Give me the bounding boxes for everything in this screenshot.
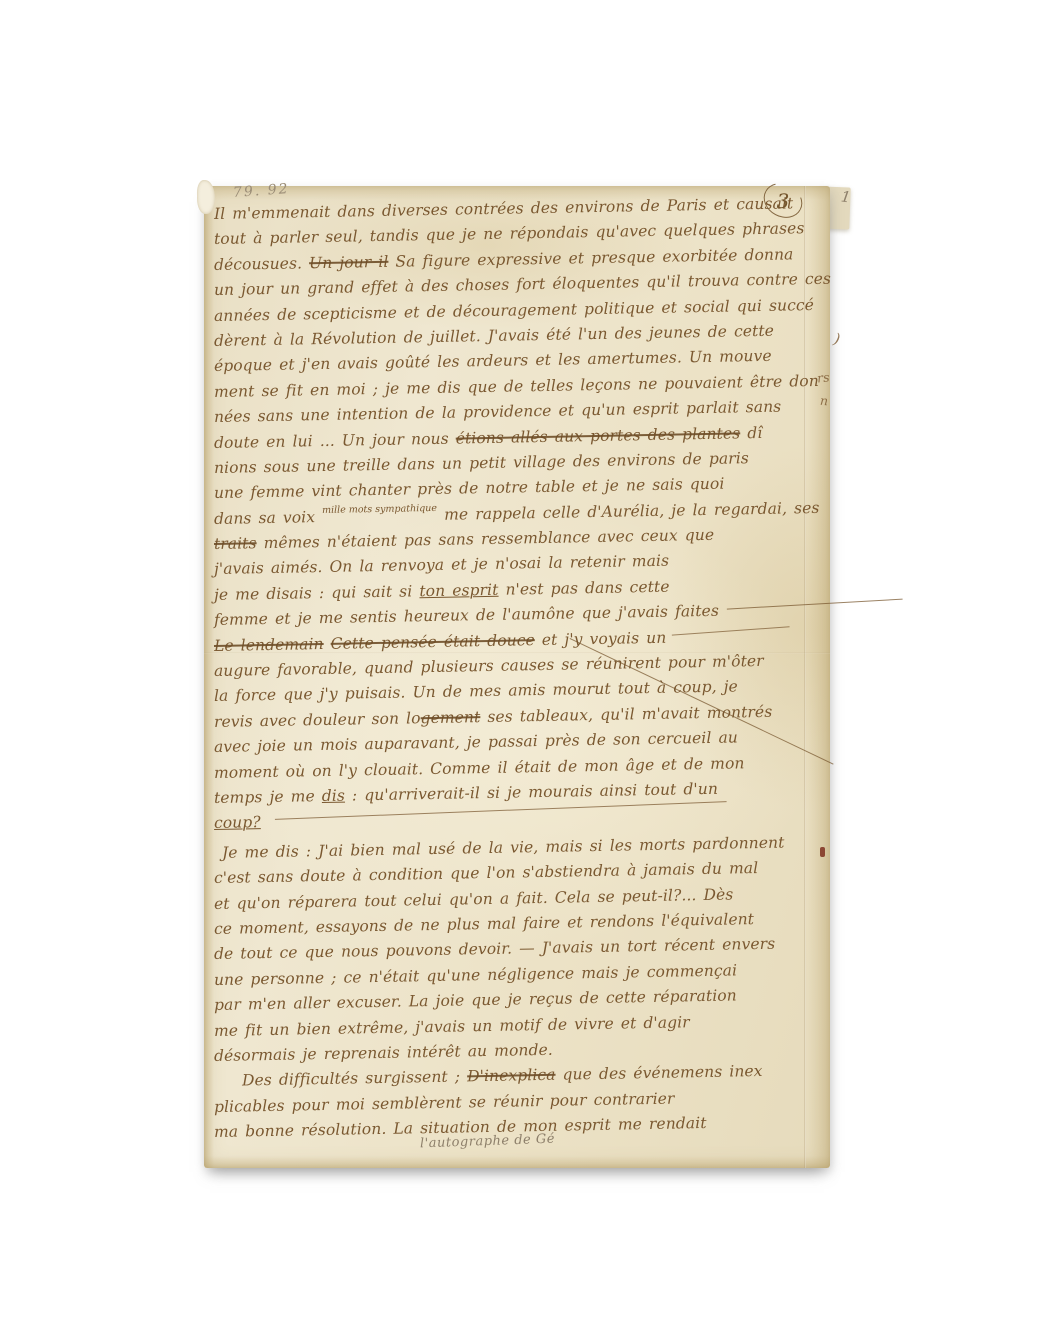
handwritten-text: me rappela celle d'Aurélia, je la regard… [437,499,820,524]
handwritten-text: que des événemens inex [555,1062,762,1084]
handwritten-text: temps je me [214,787,322,807]
underlined-text: coup? [214,814,261,833]
struck-text: D'inexplica [467,1066,556,1086]
struck-text: étions allés aux portes des plantes [456,424,741,447]
margin-ink-mark: ) [832,330,842,349]
handwritten-text: Sa figure expressive et presque exorbité… [388,245,793,270]
struck-text: gement [420,708,480,727]
photograph-background: { "colors": { "background": "#ffffff", "… [0,0,1040,1338]
struck-text: traits [214,534,257,553]
underlined-text: dis [322,787,345,805]
handwritten-text: plicables pour moi semblèrent se réunir … [214,1089,675,1115]
underlined-text: ton esprit [419,581,498,600]
handwritten-text: j'avais aimés. On la renvoya et je n'osa… [214,552,669,578]
page-number: 3 [763,184,803,217]
paper-corner-chip [197,180,215,214]
red-edge-mark [820,847,825,857]
handwritten-text: dî [740,423,762,441]
margin-ink-mark: n [819,393,828,409]
handwritten-text: et j'y voyais un [535,628,667,648]
handwritten-text: décousues. [214,254,309,274]
handwritten-text: dans sa voix [214,508,322,528]
handwritten-text-block: Il m'emmenait dans diverses contrées des… [214,202,828,1145]
handwritten-text: doute en lui ... Un jour nous [214,429,456,451]
page-number-badge: 3 [763,184,803,217]
handwritten-text: me fit un bien extrême, j'avais un motif… [214,1013,690,1040]
handwritten-text: désormais je reprenais intérêt au monde. [214,1041,553,1065]
handwritten-text: n'est pas dans cette [498,578,669,599]
handwritten-text: Des difficultés surgissent ; [242,1068,467,1090]
margin-ink-mark: rs [816,369,830,385]
manuscript-sheet: Il m'emmenait dans diverses contrées des… [204,186,830,1168]
struck-text: Un jour il [309,253,389,272]
struck-text: Cette pensée était douce [331,631,535,653]
handwritten-text: je me disais : qui sait si [214,582,420,604]
struck-text: Le lendemain [214,635,324,655]
handwritten-text: revis avec douleur son lo [214,709,421,731]
interline-insertion: mille mots sympathique [322,503,437,516]
